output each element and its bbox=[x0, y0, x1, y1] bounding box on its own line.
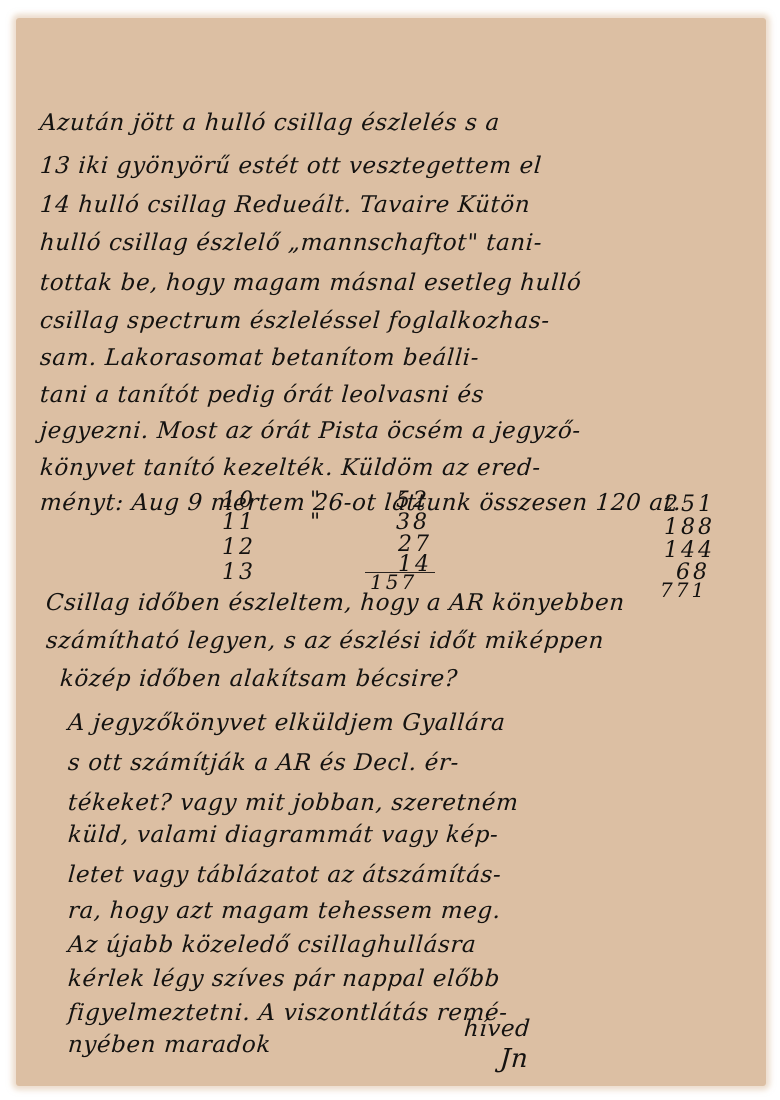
text-line: 13 iki gyönyörű estét ott vesztegettem e… bbox=[39, 153, 543, 179]
text-line: figyelmeztetni. A viszontlátás remé- bbox=[67, 1000, 508, 1026]
text-line: könyvet tanító kezelték. Küldöm az ered- bbox=[39, 455, 542, 481]
text-line: s ott számítják a AR és Decl. ér- bbox=[67, 750, 460, 776]
seen-cell: 188 bbox=[664, 515, 715, 540]
text-line: hulló csillag észlelő „mannschaftot" tan… bbox=[39, 230, 543, 256]
day-cell: 13 bbox=[222, 560, 256, 585]
text-line: Csillag időben észleltem, hogy a AR köny… bbox=[45, 590, 626, 616]
closing: híved bbox=[463, 1016, 531, 1042]
text-line: nyében maradok bbox=[67, 1032, 272, 1058]
total-seen: 771 bbox=[660, 578, 707, 602]
ditto-mark: " bbox=[310, 510, 323, 535]
text-line: letet vagy táblázatot az átszámítás- bbox=[67, 862, 502, 888]
signature: Jn bbox=[499, 1044, 529, 1074]
text-line: tottak be, hogy magam másnal esetleg hul… bbox=[39, 270, 582, 296]
text-line: számítható legyen, s az észlési időt mik… bbox=[45, 628, 605, 654]
text-line: kérlek légy szíves pár nappal előbb bbox=[67, 966, 501, 992]
text-line: tékeket? vagy mit jobban, szeretném bbox=[67, 790, 519, 816]
text-line: küld, valami diagrammát vagy kép- bbox=[67, 822, 499, 848]
text-line: sam. Lakorasomat betanítom beálli- bbox=[39, 345, 480, 371]
text-line: 14 hulló csillag Redueált. Tavaire Kütön bbox=[39, 192, 531, 218]
text-line: Azután jött a hulló csillag észlelés s a bbox=[39, 110, 501, 136]
text-line: A jegyzőkönyvet elküldjem Gyallára bbox=[67, 710, 506, 736]
text-line: tani a tanítót pedig órát leolvasni és bbox=[39, 382, 485, 408]
text-line: közép időben alakítsam bécsire? bbox=[59, 666, 459, 692]
seen-cell: 251 bbox=[664, 492, 715, 517]
text-line: jegyezni. Most az órát Pista öcsém a jeg… bbox=[39, 418, 582, 444]
day-cell: 11 bbox=[222, 510, 256, 535]
text-line: csillag spectrum észleléssel foglalkozha… bbox=[39, 308, 551, 334]
text-line: ra, hogy azt magam tehessem meg. bbox=[67, 898, 502, 924]
day-cell: 12 bbox=[222, 535, 256, 560]
text-line: Az újabb közeledő csillaghullásra bbox=[67, 932, 477, 958]
text-line: ményt: Aug 9 mértem 26-ot láttunk összes… bbox=[39, 490, 682, 516]
